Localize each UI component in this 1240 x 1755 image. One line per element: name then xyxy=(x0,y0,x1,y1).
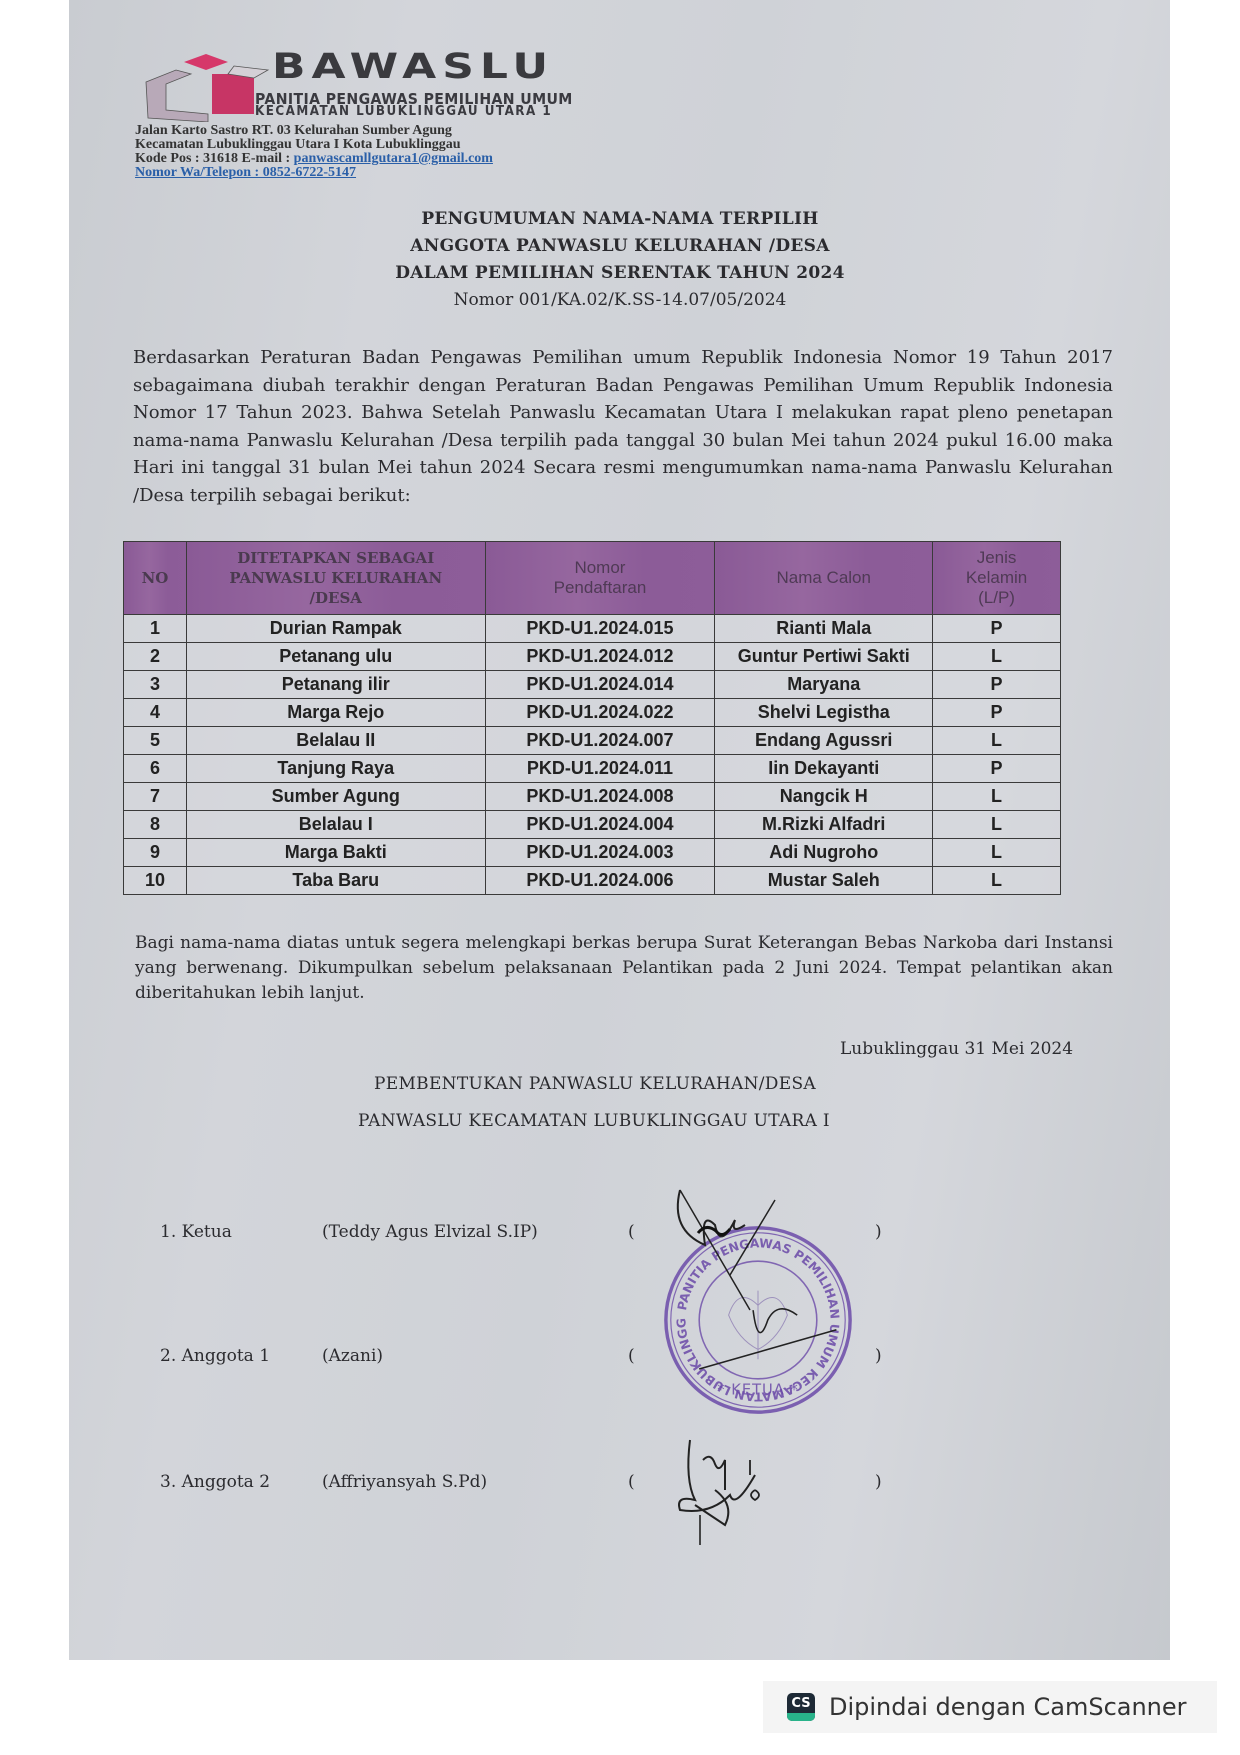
table-row: 6Tanjung RayaPKD-U1.2024.011Iin Dekayant… xyxy=(124,755,1061,783)
heading-line-2: ANGGOTA PANWASLU KELURAHAN /DESA xyxy=(0,236,1240,256)
phone-line: Nomor Wa/Telepon : 0852-6722-5147 xyxy=(135,166,356,180)
cell-desa: Belalau II xyxy=(186,727,485,755)
camscanner-text: Dipindai dengan CamScanner xyxy=(829,1693,1187,1721)
cell-jk: L xyxy=(933,727,1061,755)
signatory-name: (Teddy Agus Elvizal S.IP) xyxy=(322,1222,538,1242)
cell-desa: Durian Rampak xyxy=(186,615,485,643)
table-row: 3Petanang ilirPKD-U1.2024.014MaryanaP xyxy=(124,671,1061,699)
table-row: 10Taba BaruPKD-U1.2024.006Mustar SalehL xyxy=(124,867,1061,895)
header-no: NO xyxy=(124,542,187,615)
table-row: 8Belalau IPKD-U1.2024.004M.Rizki Alfadri… xyxy=(124,811,1061,839)
cell-nama: Guntur Pertiwi Sakti xyxy=(715,643,933,671)
heading-line-3: DALAM PEMILIHAN SERENTAK TAHUN 2024 xyxy=(0,263,1240,283)
signatory-name: (Azani) xyxy=(322,1346,383,1366)
cell-no: 9 xyxy=(124,839,187,867)
org-line-1: PEMBENTUKAN PANWASLU KELURAHAN/DESA xyxy=(374,1074,816,1094)
header-nama: Nama Calon xyxy=(715,542,933,615)
header-jk-line1: Jenis xyxy=(933,548,1060,568)
header-nomor: Nomor Pendaftaran xyxy=(485,542,715,615)
cell-desa: Tanjung Raya xyxy=(186,755,485,783)
table-body: 1Durian RampakPKD-U1.2024.015Rianti Mala… xyxy=(124,615,1061,895)
table-row: 2Petanang uluPKD-U1.2024.012Guntur Perti… xyxy=(124,643,1061,671)
cell-jk: L xyxy=(933,839,1061,867)
cell-nama: Nangcik H xyxy=(715,783,933,811)
cell-desa: Marga Rejo xyxy=(186,699,485,727)
cell-jk: L xyxy=(933,867,1061,895)
cell-desa: Petanang ulu xyxy=(186,643,485,671)
elected-members-table: NO DITETAPKAN SEBAGAI PANWASLU KELURAHAN… xyxy=(123,541,1061,895)
table-row: 9Marga BaktiPKD-U1.2024.003Adi NugrohoL xyxy=(124,839,1061,867)
cell-desa: Petanang ilir xyxy=(186,671,485,699)
cell-no: 7 xyxy=(124,783,187,811)
signature-open-paren: ( xyxy=(628,1472,635,1492)
cell-nama: Iin Dekayanti xyxy=(715,755,933,783)
cell-nama: M.Rizki Alfadri xyxy=(715,811,933,839)
table-header-row: NO DITETAPKAN SEBAGAI PANWASLU KELURAHAN… xyxy=(124,542,1061,615)
brand-district: KECAMATAN LUBUKLINGGAU UTARA 1 xyxy=(255,104,552,119)
cell-nomor: PKD-U1.2024.012 xyxy=(485,643,715,671)
cell-no: 3 xyxy=(124,671,187,699)
email-link[interactable]: panwascamllgutara1@gmail.com xyxy=(294,151,493,166)
header-jk-line2: Kelamin xyxy=(933,568,1060,588)
cell-jk: P xyxy=(933,615,1061,643)
cell-desa: Belalau I xyxy=(186,811,485,839)
camscanner-logo-label: CS xyxy=(791,1696,810,1711)
cell-nama: Maryana xyxy=(715,671,933,699)
signature-open-paren: ( xyxy=(628,1346,635,1366)
postal-label: Kode Pos : 31618 E-mail : xyxy=(135,151,294,166)
cell-nama: Shelvi Legistha xyxy=(715,699,933,727)
cell-jk: L xyxy=(933,643,1061,671)
cell-jk: P xyxy=(933,755,1061,783)
table-row: 7Sumber AgungPKD-U1.2024.008Nangcik HL xyxy=(124,783,1061,811)
cell-jk: P xyxy=(933,699,1061,727)
header-nomor-line2: Pendaftaran xyxy=(486,578,715,598)
cell-nama: Mustar Saleh xyxy=(715,867,933,895)
signatory-role: 3. Anggota 2 xyxy=(160,1472,270,1492)
signature-ketua-icon xyxy=(660,1185,810,1325)
place-date: Lubuklinggau 31 Mei 2024 xyxy=(840,1039,1073,1059)
cell-jk: L xyxy=(933,783,1061,811)
table-row: 5Belalau IIPKD-U1.2024.007Endang Agussri… xyxy=(124,727,1061,755)
brand-name: BAWASLU xyxy=(272,50,554,84)
signatory-role: 1. Ketua xyxy=(160,1222,232,1242)
org-line-2: PANWASLU KECAMATAN LUBUKLINGGAU UTARA I xyxy=(358,1111,830,1131)
cell-nomor: PKD-U1.2024.015 xyxy=(485,615,715,643)
camscanner-logo-icon: CS xyxy=(787,1693,815,1721)
cell-nomor: PKD-U1.2024.022 xyxy=(485,699,715,727)
closing-paragraph: Bagi nama-nama diatas untuk segera melen… xyxy=(135,931,1113,1006)
cell-no: 5 xyxy=(124,727,187,755)
table-row: 1Durian RampakPKD-U1.2024.015Rianti Mala… xyxy=(124,615,1061,643)
cell-jk: P xyxy=(933,671,1061,699)
cell-nomor: PKD-U1.2024.011 xyxy=(485,755,715,783)
svg-text:* KETUA *: * KETUA * xyxy=(717,1381,799,1398)
document-number: Nomor 001/KA.02/K.SS-14.07/05/2024 xyxy=(0,290,1240,310)
cell-no: 4 xyxy=(124,699,187,727)
address-line-1: Jalan Karto Sastro RT. 03 Kelurahan Sumb… xyxy=(135,124,452,138)
cell-jk: L xyxy=(933,811,1061,839)
cell-desa: Sumber Agung xyxy=(186,783,485,811)
address-line-2: Kecamatan Lubuklinggau Utara I Kota Lubu… xyxy=(135,138,461,152)
cell-no: 6 xyxy=(124,755,187,783)
heading-line-1: PENGUMUMAN NAMA-NAMA TERPILIH xyxy=(0,209,1240,229)
cell-nomor: PKD-U1.2024.007 xyxy=(485,727,715,755)
signatory-role: 2. Anggota 1 xyxy=(160,1346,270,1366)
postal-email-line: Kode Pos : 31618 E-mail : panwascamllgut… xyxy=(135,152,493,166)
cell-desa: Taba Baru xyxy=(186,867,485,895)
cell-nomor: PKD-U1.2024.003 xyxy=(485,839,715,867)
header-nomor-line1: Nomor xyxy=(486,558,715,578)
cell-nama: Adi Nugroho xyxy=(715,839,933,867)
cell-no: 2 xyxy=(124,643,187,671)
cell-nama: Rianti Mala xyxy=(715,615,933,643)
signature-close-paren: ) xyxy=(875,1222,882,1242)
cell-nomor: PKD-U1.2024.004 xyxy=(485,811,715,839)
signature-close-paren: ) xyxy=(875,1346,882,1366)
header-desa: DITETAPKAN SEBAGAI PANWASLU KELURAHAN /D… xyxy=(186,542,485,615)
intro-paragraph: Berdasarkan Peraturan Badan Pengawas Pem… xyxy=(133,344,1113,509)
cell-no: 8 xyxy=(124,811,187,839)
header-jenis-kelamin: Jenis Kelamin (L/P) xyxy=(933,542,1061,615)
signature-open-paren: ( xyxy=(628,1222,635,1242)
cell-nomor: PKD-U1.2024.014 xyxy=(485,671,715,699)
camscanner-watermark: CS Dipindai dengan CamScanner xyxy=(763,1681,1217,1733)
header-jk-line3: (L/P) xyxy=(933,588,1060,608)
signature-anggota-2-icon xyxy=(665,1430,795,1550)
table-row: 4Marga RejoPKD-U1.2024.022Shelvi Legisth… xyxy=(124,699,1061,727)
header-desa-line1: DITETAPKAN SEBAGAI xyxy=(187,548,485,568)
signature-close-paren: ) xyxy=(875,1472,882,1492)
signatory-name: (Affriyansyah S.Pd) xyxy=(322,1472,487,1492)
cell-nomor: PKD-U1.2024.006 xyxy=(485,867,715,895)
header-desa-line3: /DESA xyxy=(187,588,485,608)
cell-desa: Marga Bakti xyxy=(186,839,485,867)
cell-nama: Endang Agussri xyxy=(715,727,933,755)
cell-nomor: PKD-U1.2024.008 xyxy=(485,783,715,811)
cell-no: 1 xyxy=(124,615,187,643)
cell-no: 10 xyxy=(124,867,187,895)
header-desa-line2: PANWASLU KELURAHAN xyxy=(187,568,485,588)
